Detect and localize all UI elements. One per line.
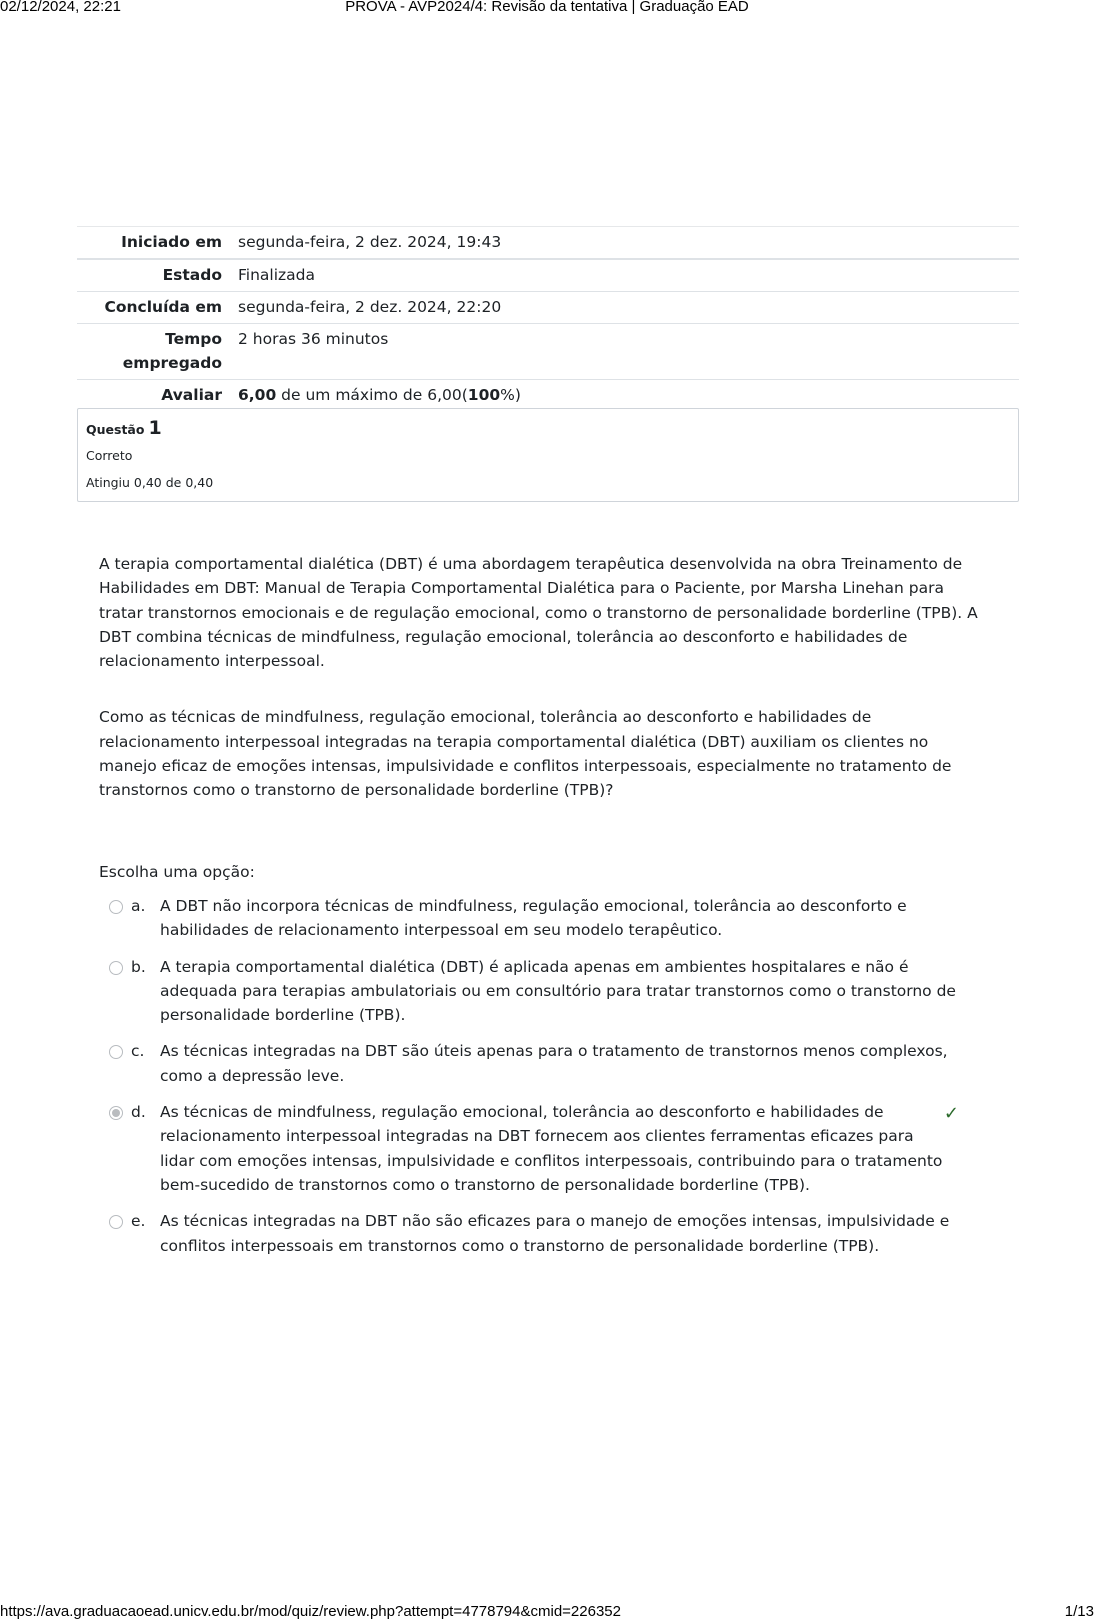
answer-text: A DBT não incorpora técnicas de mindfuln… xyxy=(160,894,982,943)
print-footer: https://ava.graduacaoead.unicv.edu.br/mo… xyxy=(0,1603,1094,1623)
answer-option-c[interactable]: c. As técnicas integradas na DBT são úte… xyxy=(99,1039,989,1088)
radio-button[interactable] xyxy=(109,961,123,975)
answer-prompt: Escolha uma opção: xyxy=(99,860,989,884)
answer-text: As técnicas de mindfulness, regulação em… xyxy=(160,1100,950,1197)
print-url: https://ava.graduacaoead.unicv.edu.br/mo… xyxy=(0,1603,621,1620)
grade-middle: de um máximo de 6,00( xyxy=(276,386,468,404)
question-text-paragraph: Como as técnicas de mindfulness, regulaç… xyxy=(99,705,989,802)
answer-text: A terapia comportamental dialética (DBT)… xyxy=(160,955,982,1028)
summary-row-state: Estado Finalizada xyxy=(77,259,1019,292)
question-label: Questão xyxy=(86,422,144,437)
answer-letter: d. xyxy=(131,1100,146,1124)
question-content: A terapia comportamental dialética (DBT)… xyxy=(99,552,989,1270)
radio-button-selected[interactable] xyxy=(109,1106,123,1120)
question-num: 1 xyxy=(148,417,161,439)
summary-label: Estado xyxy=(77,259,232,292)
question-info-box: Questão 1 Correto Atingiu 0,40 de 0,40 xyxy=(77,408,1019,502)
answer-option-d[interactable]: d. As técnicas de mindfulness, regulação… xyxy=(99,1100,989,1197)
print-page-number: 1/13 xyxy=(1065,1603,1094,1620)
summary-row-started: Iniciado em segunda-feira, 2 dez. 2024, … xyxy=(77,227,1019,260)
grade-suffix: %) xyxy=(500,386,521,404)
radio-button[interactable] xyxy=(109,900,123,914)
summary-label: Iniciado em xyxy=(77,227,232,260)
answer-list: a. A DBT não incorpora técnicas de mindf… xyxy=(99,894,989,1258)
summary-label: Tempo empregado xyxy=(77,324,232,380)
answer-letter: e. xyxy=(131,1209,145,1233)
summary-row-time-taken: Tempo empregado 2 horas 36 minutos xyxy=(77,324,1019,380)
summary-value: 6,00 de um máximo de 6,00(100%) xyxy=(232,380,1019,412)
summary-value: Finalizada xyxy=(232,259,1019,292)
question-grade: Atingiu 0,40 de 0,40 xyxy=(86,475,1010,490)
attempt-summary-table: Iniciado em segunda-feira, 2 dez. 2024, … xyxy=(77,226,1019,411)
question-number: Questão 1 xyxy=(86,417,1010,439)
answer-letter: a. xyxy=(131,894,145,918)
print-header: 02/12/2024, 22:21 PROVA - AVP2024/4: Rev… xyxy=(0,0,1094,18)
summary-row-completed: Concluída em segunda-feira, 2 dez. 2024,… xyxy=(77,292,1019,324)
answer-letter: c. xyxy=(131,1039,144,1063)
answer-letter: b. xyxy=(131,955,146,979)
summary-label: Avaliar xyxy=(77,380,232,412)
question-text-paragraph: A terapia comportamental dialética (DBT)… xyxy=(99,552,989,673)
print-title: PROVA - AVP2024/4: Revisão da tentativa … xyxy=(0,0,1094,15)
answer-text: As técnicas integradas na DBT não são ef… xyxy=(160,1209,982,1258)
check-icon: ✓ xyxy=(944,1102,959,1126)
answer-option-b[interactable]: b. A terapia comportamental dialética (D… xyxy=(99,955,989,1028)
answer-option-a[interactable]: a. A DBT não incorpora técnicas de mindf… xyxy=(99,894,989,943)
summary-value: 2 horas 36 minutos xyxy=(232,324,1019,380)
question-state: Correto xyxy=(86,448,1010,463)
grade-percent: 100 xyxy=(468,386,500,404)
answer-text: As técnicas integradas na DBT são úteis … xyxy=(160,1039,982,1088)
summary-value: segunda-feira, 2 dez. 2024, 19:43 xyxy=(232,227,1019,260)
radio-button[interactable] xyxy=(109,1045,123,1059)
summary-label: Concluída em xyxy=(77,292,232,324)
radio-button[interactable] xyxy=(109,1215,123,1229)
summary-row-grade: Avaliar 6,00 de um máximo de 6,00(100%) xyxy=(77,380,1019,412)
grade-score: 6,00 xyxy=(238,386,276,404)
answer-option-e[interactable]: e. As técnicas integradas na DBT não são… xyxy=(99,1209,989,1258)
summary-value: segunda-feira, 2 dez. 2024, 22:20 xyxy=(232,292,1019,324)
